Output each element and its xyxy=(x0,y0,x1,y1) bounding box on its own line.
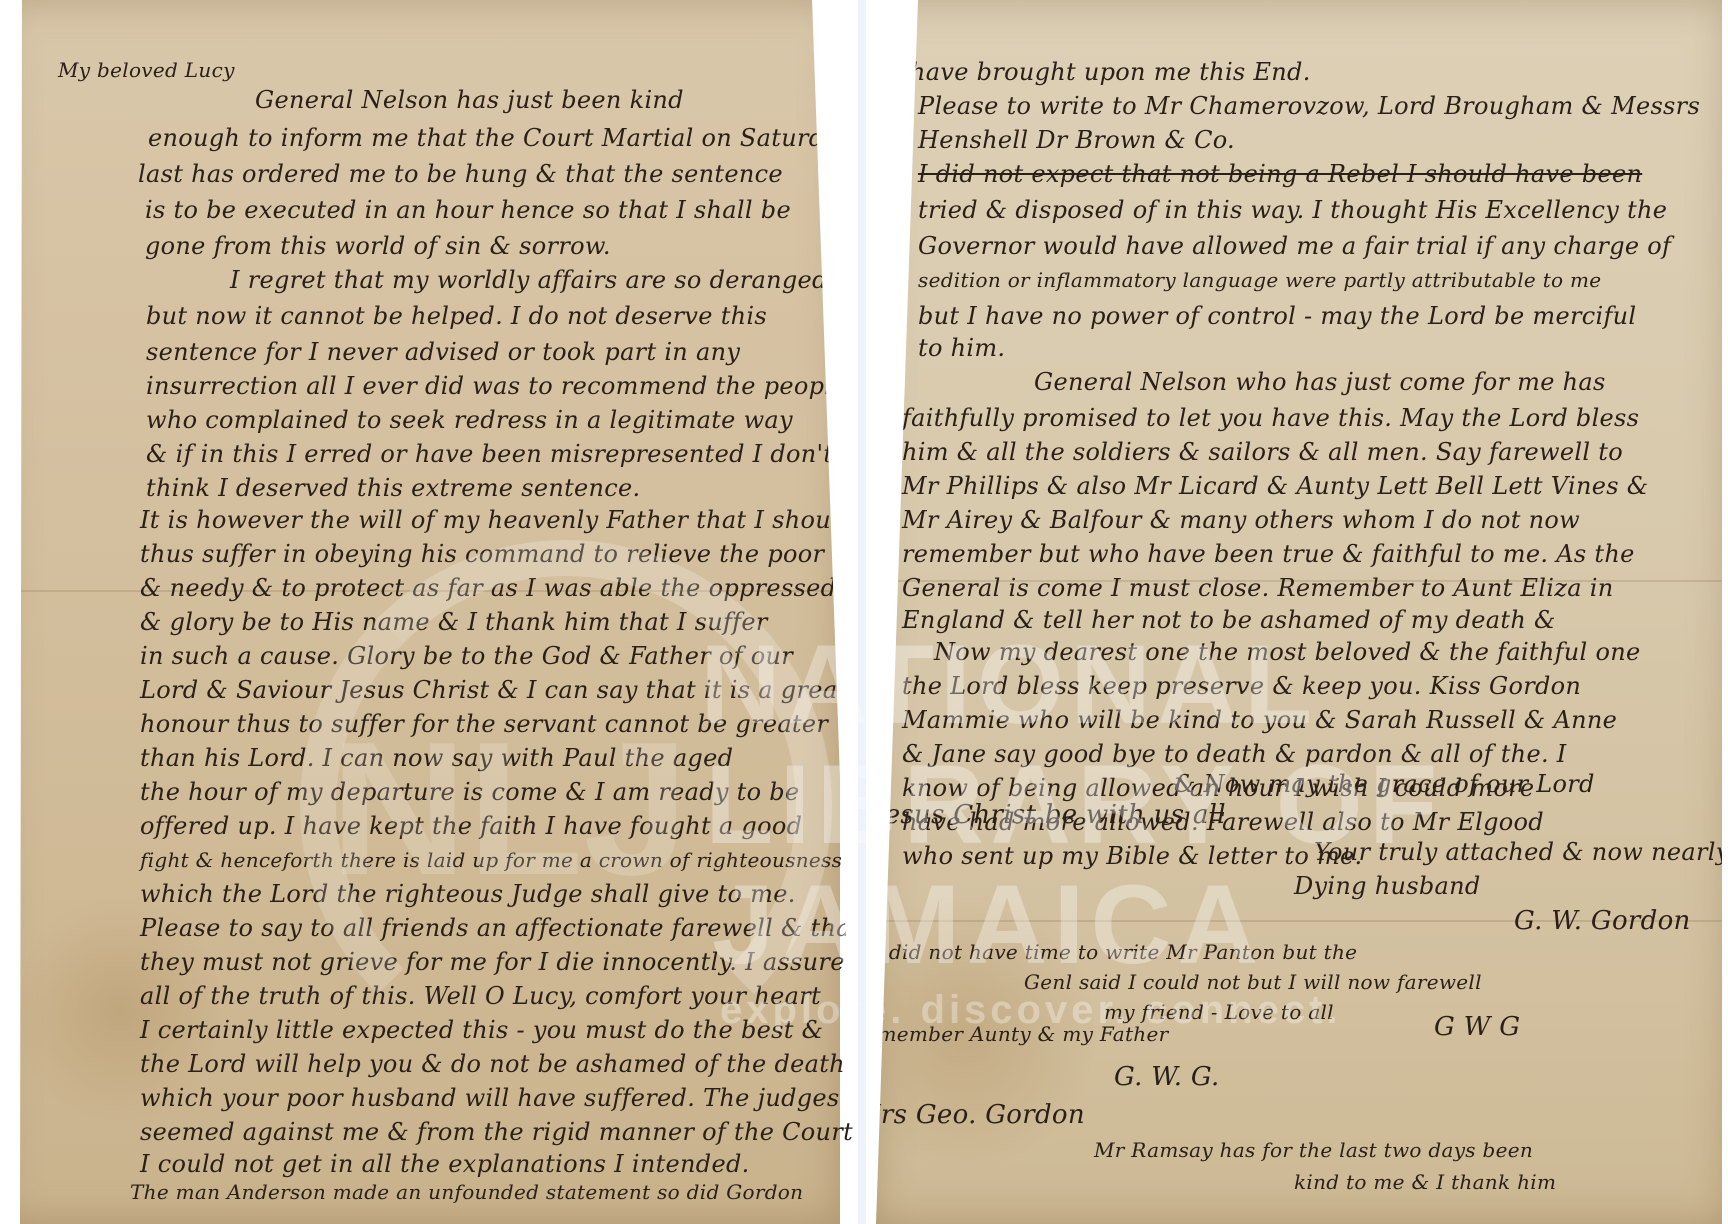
footnote-line: kind to me & I thank him xyxy=(1294,1170,1556,1194)
initials: G W G xyxy=(1434,1012,1520,1042)
letter-line: General is come I must close. Remember t… xyxy=(902,574,1613,602)
signature: G. W. Gordon xyxy=(1514,906,1691,936)
footnote-line: Mr Ramsay has for the last two days been xyxy=(1094,1138,1533,1162)
page-gap xyxy=(858,0,866,1224)
letter-line: him & all the soldiers & sailors & all m… xyxy=(902,438,1623,466)
letter-line: Mr Airey & Balfour & many others whom I … xyxy=(902,506,1580,534)
letter-line: tried & disposed of in this way. I thoug… xyxy=(918,196,1667,224)
letter-line: sentence for I never advised or took par… xyxy=(146,338,740,366)
letter-page-right: have brought upon me this End. Please to… xyxy=(874,0,1728,1224)
salutation: My beloved Lucy xyxy=(58,58,235,82)
letter-line: The man Anderson made an unfounded state… xyxy=(130,1180,803,1204)
letter-line: faithfully promised to let you have this… xyxy=(902,404,1639,432)
letter-line: seemed against me & from the rigid manne… xyxy=(140,1118,853,1146)
letter-line: last has ordered me to be hung & that th… xyxy=(138,160,783,188)
closing-line: Dying husband xyxy=(1294,872,1481,900)
letter-line: & Now may the grace of our Lord xyxy=(1174,770,1595,798)
letter-line: Mr Phillips & also Mr Licard & Aunty Let… xyxy=(902,472,1648,500)
letter-line: & if in this I erred or have been misrep… xyxy=(146,440,833,468)
letter-line: & Jane say good bye to death & pardon & … xyxy=(902,740,1567,768)
letter-line: Mammie who will be kind to you & Sarah R… xyxy=(902,706,1617,734)
letter-line: but now it cannot be helped. I do not de… xyxy=(146,302,767,330)
letter-line: gone from this world of sin & sorrow. xyxy=(145,232,611,260)
letter-line: Please to write to Mr Chamerovzow, Lord … xyxy=(918,92,1700,120)
letter-line: insurrection all I ever did was to recom… xyxy=(146,372,847,400)
letter-line: enough to inform me that the Court Marti… xyxy=(148,124,853,152)
letter-line: General Nelson who has just come for me … xyxy=(1034,368,1606,396)
letter-line: to him. xyxy=(918,334,1005,362)
letter-line: I could not get in all the explanations … xyxy=(140,1150,750,1178)
letter-line: which your poor husband will have suffer… xyxy=(140,1084,840,1112)
letter-line: I regret that my worldly affairs are so … xyxy=(230,266,828,294)
postscript-line: Genl said I could not but I will now far… xyxy=(1024,970,1482,994)
letter-line: Henshell Dr Brown & Co. xyxy=(918,126,1235,154)
letter-line: remember but who have been true & faithf… xyxy=(902,540,1635,568)
postscript-line: Remember Aunty & my Father xyxy=(850,1022,1168,1046)
letter-line: Jesus Christ be with us all xyxy=(874,800,1226,830)
letter-line: sedition or inflammatory language were p… xyxy=(918,268,1601,292)
postscript-line: I did not have time to write Mr Panton b… xyxy=(874,940,1357,964)
letter-line-struck: I did not expect that not being a Rebel … xyxy=(918,160,1642,188)
letter-line: think I deserved this extreme sentence. xyxy=(146,474,640,502)
postscript-line: my friend - Love to all xyxy=(1104,1000,1334,1024)
letter-line: England & tell her not to be ashamed of … xyxy=(902,606,1556,634)
letter-line: have brought upon me this End. xyxy=(910,58,1311,86)
letter-line: Now my dearest one the most beloved & th… xyxy=(934,638,1640,666)
letter-line: who sent up my Bible & letter to me. xyxy=(902,842,1362,870)
letter-line: but I have no power of control - may the… xyxy=(918,302,1636,330)
letter-line: General Nelson has just been kind xyxy=(255,86,684,114)
letter-line: the Lord bless keep preserve & keep you.… xyxy=(902,672,1581,700)
closing-line: Your truly attached & now nearly xyxy=(1314,838,1728,866)
letter-line: who complained to seek redress in a legi… xyxy=(146,406,793,434)
initials: G. W. G. xyxy=(1114,1062,1220,1092)
letter-line: It is however the will of my heavenly Fa… xyxy=(140,506,855,534)
library-logo-letters: NLJ xyxy=(330,700,689,918)
addressee: Mrs Geo. Gordon xyxy=(854,1100,1085,1130)
letter-line: is to be executed in an hour hence so th… xyxy=(145,196,791,224)
letter-line: Governor would have allowed me a fair tr… xyxy=(918,232,1671,260)
